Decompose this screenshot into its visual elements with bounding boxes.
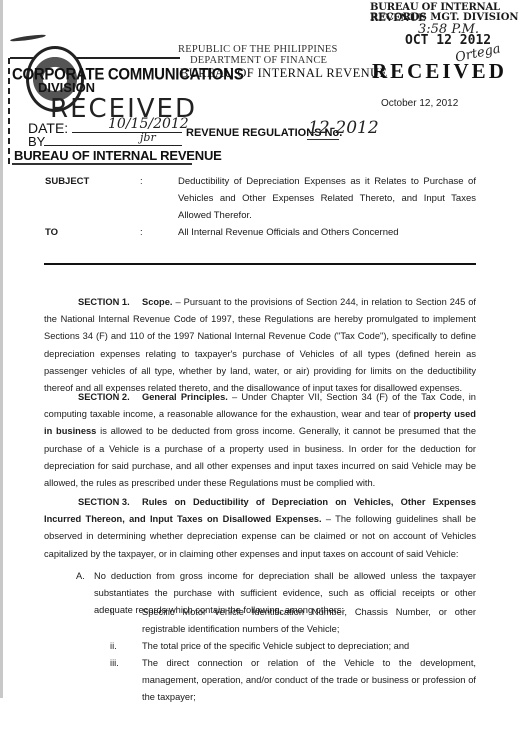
section-1: SECTION 1.Scope. – Pursuant to the provi…	[44, 294, 476, 397]
section-3: SECTION 3.Rules on Deductibility of Depr…	[44, 494, 476, 563]
regulation-number: 12-2012	[308, 118, 379, 138]
stamp-mark-icon	[10, 34, 46, 43]
sub-item-label: i.	[110, 604, 115, 621]
stamp-by-line	[44, 145, 182, 146]
to-colon: :	[140, 227, 143, 238]
section-2-heading: General Principles.	[142, 392, 228, 402]
subject-colon: :	[140, 176, 143, 187]
sub-item-iii: iii. The direct connection or relation o…	[110, 655, 476, 707]
sub-item-i: i. Specific Motor Vehicle Identification…	[110, 604, 476, 638]
section-3-label: SECTION 3.	[78, 494, 142, 511]
section-1-label: SECTION 1.	[78, 294, 142, 311]
stamp-division: DIVISION	[38, 80, 95, 95]
sub-item-label: iii.	[110, 655, 119, 672]
document-date: October 12, 2012	[381, 98, 458, 109]
stamp-bureau-line	[12, 163, 192, 165]
section-1-text: – Pursuant to the provisions of Section …	[44, 297, 476, 393]
to-label: TO	[45, 227, 58, 238]
stamp-by-value: jbr	[140, 131, 156, 144]
section-2-label: SECTION 2.	[78, 389, 142, 406]
item-a-label: A.	[76, 568, 85, 585]
sub-item-text: The total price of the specific Vehicle …	[142, 638, 476, 655]
section-2: SECTION 2.General Principles. – Under Ch…	[44, 389, 476, 492]
header-republic: REPUBLIC OF THE PHILIPPINES	[178, 44, 398, 55]
sub-item-ii: ii. The total price of the specific Vehi…	[110, 638, 476, 655]
section-2-text-b: is allowed to be deducted from gross inc…	[44, 426, 476, 488]
subject-label: SUBJECT	[45, 176, 89, 187]
stamp-by-label: BY	[28, 134, 45, 149]
stamp-date-value: 10/15/2012	[108, 116, 189, 132]
sub-item-text: The direct connection or relation of the…	[142, 655, 476, 707]
to-value: All Internal Revenue Officials and Other…	[178, 224, 476, 241]
sub-item-label: ii.	[110, 638, 117, 655]
subject-value: Deductibility of Depreciation Expenses a…	[178, 173, 476, 224]
records-stamp-received: RECEIVED	[372, 59, 507, 84]
sub-item-text: Specific Motor Vehicle Identification Nu…	[142, 604, 476, 638]
header-divider	[44, 263, 476, 265]
stamp-date-line	[72, 132, 182, 133]
regulation-number-underline	[307, 139, 339, 140]
stamp-bureau: BUREAU OF INTERNAL REVENUE	[14, 148, 222, 163]
page-left-edge	[0, 0, 3, 698]
section-1-heading: Scope.	[142, 297, 172, 307]
